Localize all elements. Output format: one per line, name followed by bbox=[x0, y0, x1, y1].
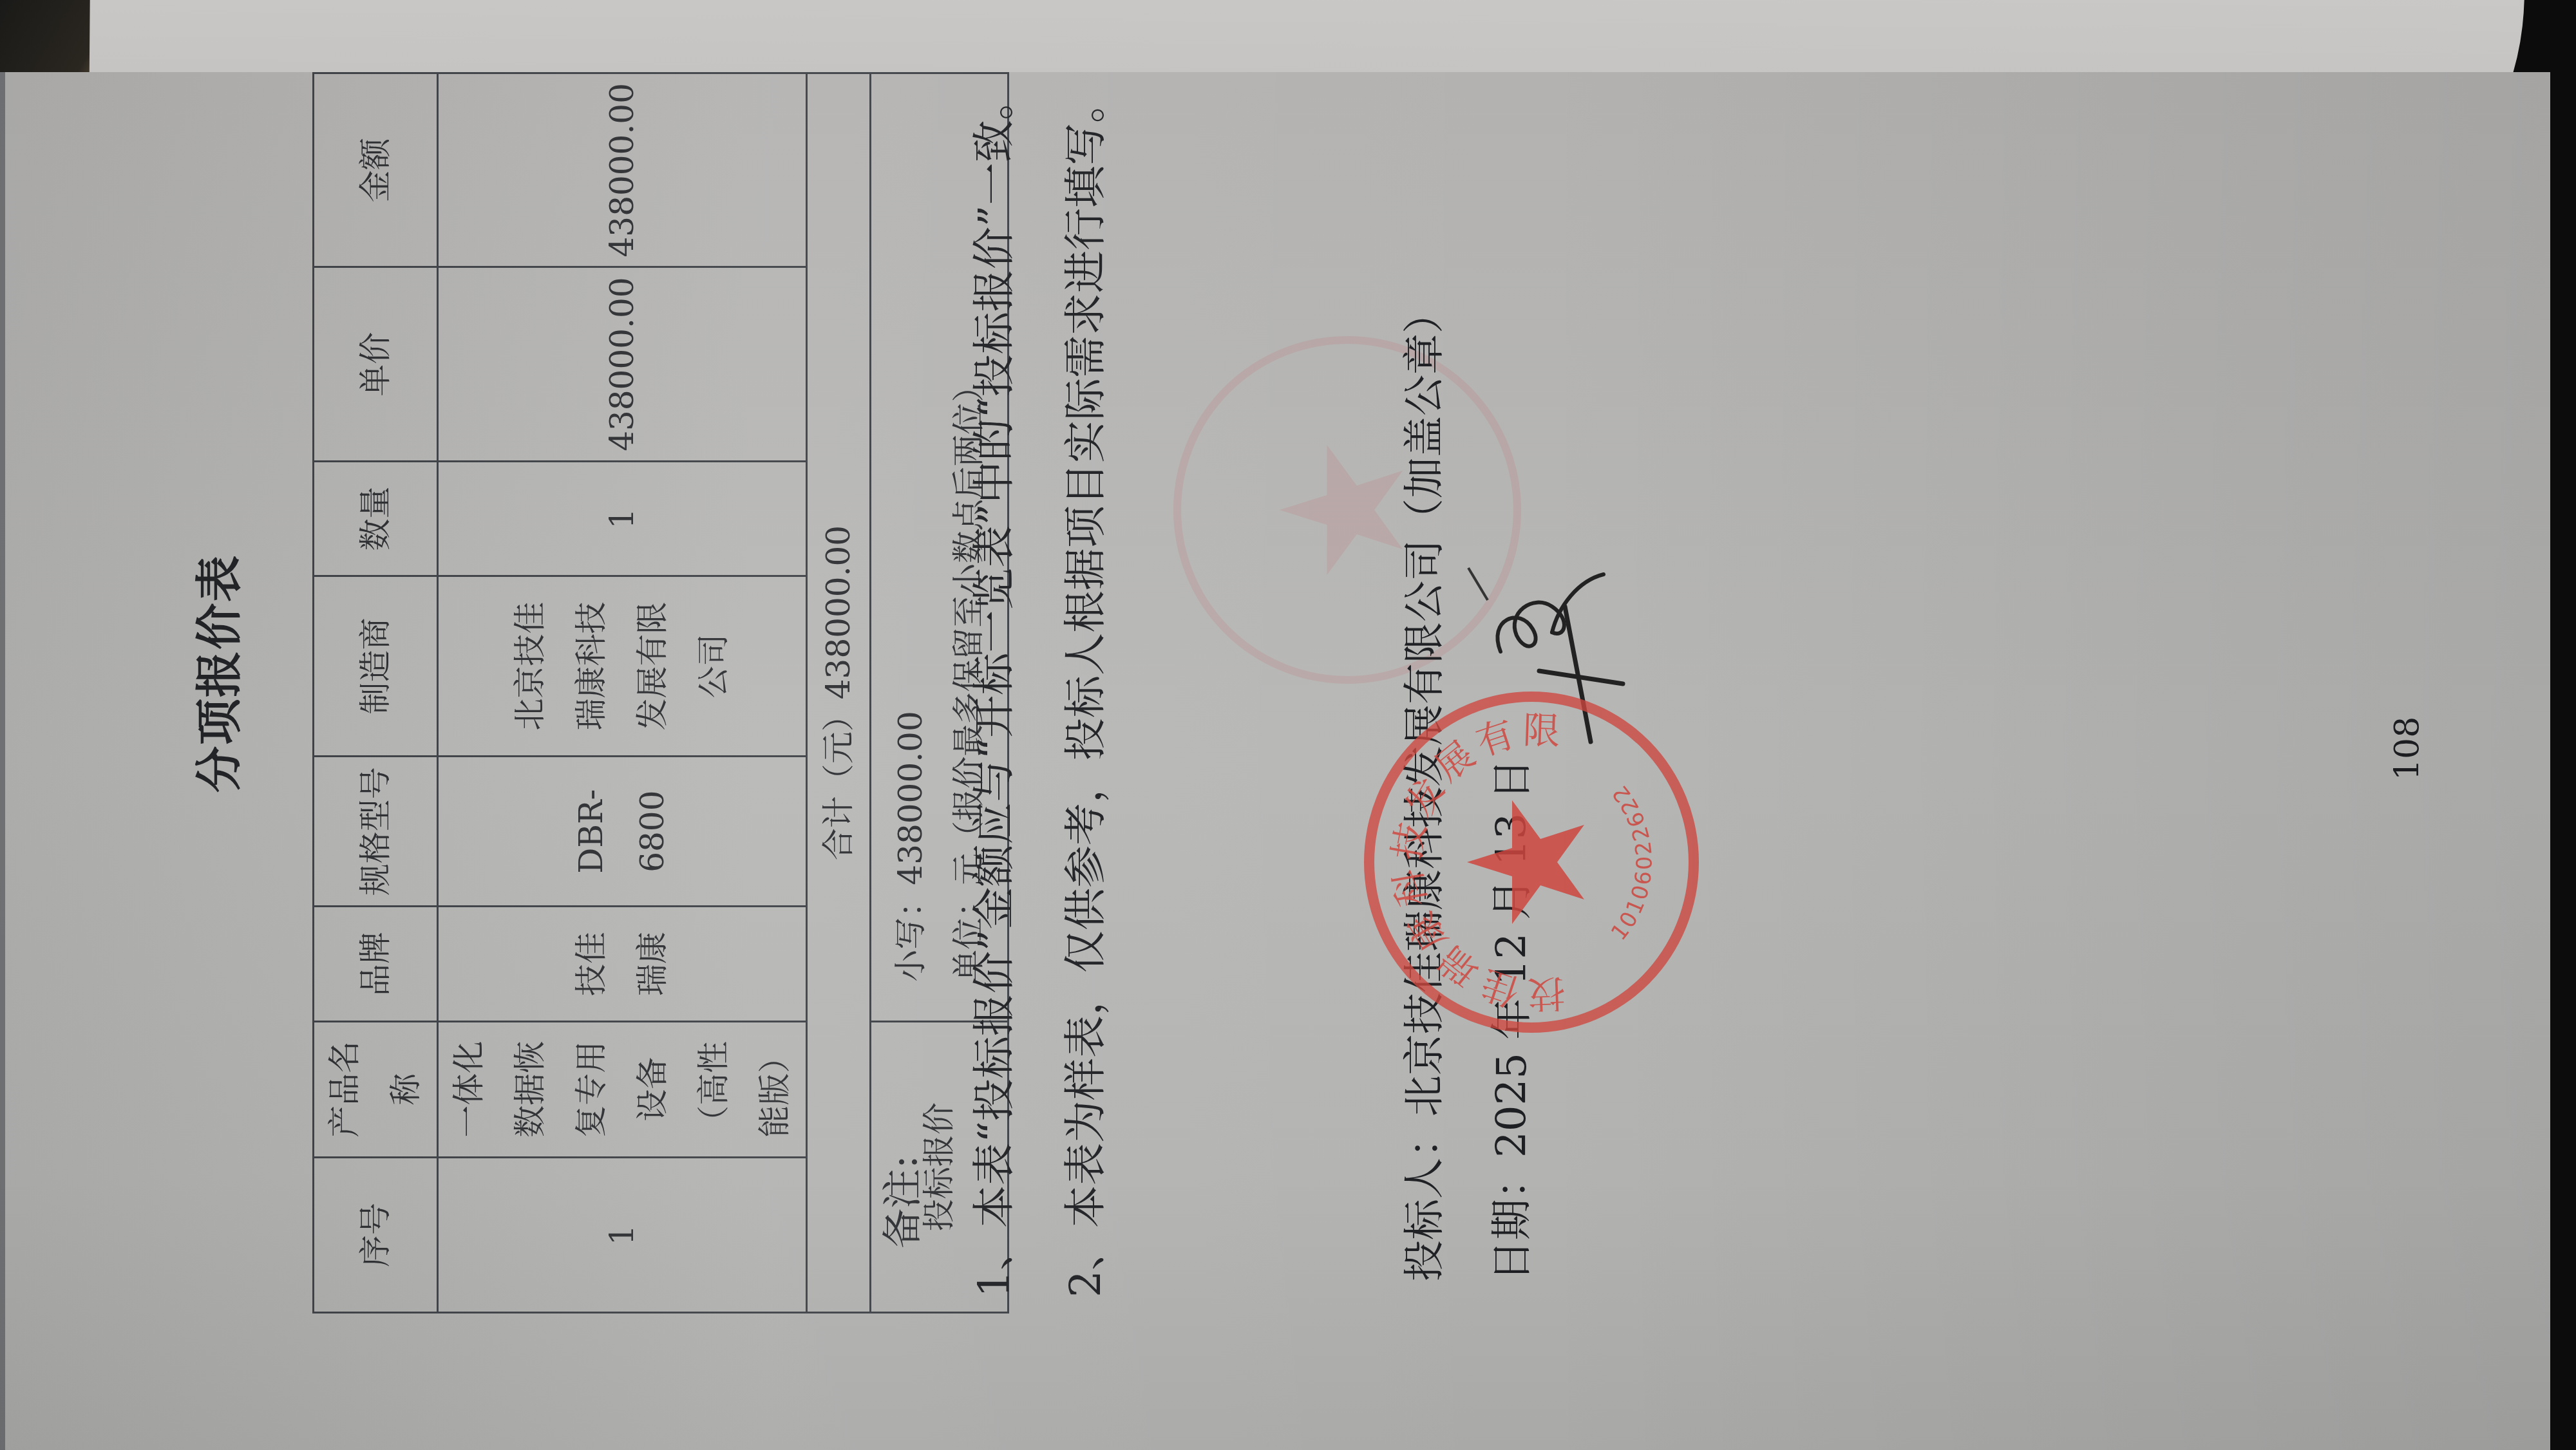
remarks-label: 备注: bbox=[871, 1155, 928, 1248]
cell-model: DBR-6800 bbox=[438, 756, 807, 907]
total-cell: 合计（元）438000.00 bbox=[807, 73, 871, 1313]
page-title: 分项报价表 bbox=[182, 72, 249, 1450]
bidder-line: 投标人：北京技佳瑞康科技发展有限公司（加盖公章） bbox=[1391, 292, 1450, 1281]
header-quantity: 数量 bbox=[314, 461, 438, 576]
lowercase-value: 438000.00 bbox=[892, 711, 929, 885]
cell-brand: 技佳瑞康 bbox=[438, 907, 807, 1021]
signature bbox=[1462, 561, 1629, 767]
bidder-label: 投标人： bbox=[1401, 1116, 1448, 1281]
total-value: 438000.00 bbox=[820, 525, 857, 699]
cell-product-name: 一体化数据恢复专用设备（高性能版） bbox=[438, 1021, 807, 1157]
cell-index: 1 bbox=[438, 1158, 807, 1313]
header-amount: 金额 bbox=[314, 73, 438, 267]
header-model: 规格型号 bbox=[314, 756, 438, 907]
document-page: 分项报价表 序号 产品名称 品牌 规格型号 制造商 数量 单价 金额 1 一体化… bbox=[0, 72, 2550, 1450]
page-number: 108 bbox=[2388, 717, 2427, 780]
header-brand: 品牌 bbox=[314, 907, 438, 1021]
cell-quantity: 1 bbox=[438, 461, 807, 576]
table-row: 1 一体化数据恢复专用设备（高性能版） 技佳瑞康 DBR-6800 北京技佳瑞康… bbox=[438, 73, 807, 1313]
cell-unit-price: 438000.00 bbox=[438, 267, 807, 461]
cell-manufacturer: 北京技佳瑞康科技发展有限公司 bbox=[438, 576, 807, 757]
remark-item-2: 2、本表为样表，仅供参考，投标人根据项目实际需求进行填写。 bbox=[1051, 80, 1112, 1297]
remark-item-1: 1、本表“投标报价”金额应与“开标一览表”中的“投标报价”一致。 bbox=[960, 78, 1021, 1297]
faint-stamp-bleedthrough bbox=[1173, 336, 1521, 684]
lowercase-label: 小写： bbox=[892, 885, 929, 982]
header-index: 序号 bbox=[314, 1158, 438, 1313]
total-label: 合计（元） bbox=[820, 699, 857, 860]
table-header-row: 序号 产品名称 品牌 规格型号 制造商 数量 单价 金额 bbox=[314, 73, 438, 1313]
total-row: 合计（元）438000.00 bbox=[807, 73, 871, 1313]
cell-amount: 438000.00 bbox=[438, 73, 807, 267]
bidder-name: 北京技佳瑞康科技发展有限公司 bbox=[1401, 540, 1448, 1116]
page-edge bbox=[0, 72, 5, 1450]
header-unit-price: 单价 bbox=[314, 267, 438, 461]
date-label: 日期： bbox=[1488, 1158, 1536, 1281]
header-manufacturer: 制造商 bbox=[314, 576, 438, 757]
date-line: 日期：2025 年 12 月 13 日 bbox=[1479, 759, 1538, 1281]
lowercase-line: 小写：438000.00 bbox=[882, 83, 940, 982]
quote-table: 序号 产品名称 品牌 规格型号 制造商 数量 单价 金额 1 一体化数据恢复专用… bbox=[312, 72, 1009, 1313]
header-product-name: 产品名称 bbox=[314, 1021, 438, 1157]
seal-note: （加盖公章） bbox=[1401, 292, 1448, 540]
date-value: 2025 年 12 月 13 日 bbox=[1488, 759, 1536, 1158]
